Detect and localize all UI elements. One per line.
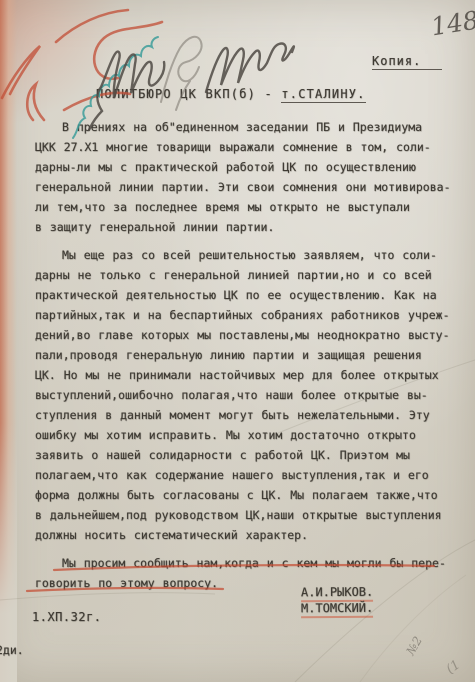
copy-label: Копия.: [372, 54, 442, 70]
text-line: дарны-ли мы с практической работой ЦК по…: [35, 157, 451, 177]
signature-block: А.И.РЫКОВ. М.ТОМСКИЙ.: [301, 586, 373, 617]
text-line: дений,во главе которых мы поставлены,мы …: [35, 325, 451, 345]
text-line: в дальнейшем,под руководством ЦК,наши от…: [35, 505, 451, 525]
text-line: говорить по этому вопросу.: [35, 573, 451, 593]
signature-rykov: А.И.РЫКОВ.: [301, 586, 373, 602]
corner-mark-1: №2: [403, 634, 425, 658]
text-line: партийных,так и на беспартийных собрания…: [35, 305, 451, 325]
corner-mark-2: (1: [444, 657, 464, 677]
scanned-document-page: Копия. ПОЛИТБЮРО ЦК ВКП(б) - т.СТАЛИНУ. …: [0, 0, 475, 682]
stalin-red-pencil-signature: [2, 10, 162, 120]
title-addressee: т.СТАЛИНУ.: [281, 87, 365, 103]
signature-tomsky: М.ТОМСКИЙ.: [301, 601, 373, 617]
text-line: Мы просим сообщить нам,когда и с кем мы …: [35, 553, 451, 573]
text-line: дарны не только с генеральной линией пар…: [35, 265, 451, 285]
paragraph-3: Мы просим сообщить нам,когда и с кем мы …: [35, 553, 451, 593]
document-title: ПОЛИТБЮРО ЦК ВКП(б) - т.СТАЛИНУ.: [96, 87, 366, 101]
text-line: ошибку мы хотим исправить. Мы хотим дост…: [35, 425, 451, 445]
paragraph-1: В прениях на об"единенном заседании ПБ и…: [35, 117, 451, 237]
text-line: ЦК. Но мы не принимали настойчивых мер д…: [35, 365, 451, 385]
page-number: 148: [429, 5, 475, 41]
text-line: ЦКК 27.Х1 многие товарищи выражали сомне…: [35, 137, 451, 157]
footer-note: 2ди.: [0, 643, 24, 657]
text-line: практической деятельностью ЦК по ее осущ…: [35, 285, 451, 305]
pencil-signature-right: [206, 44, 294, 92]
text-line: должны носить систематический характер.: [35, 525, 451, 545]
document-date: 1.ХП.32г.: [32, 610, 102, 624]
text-line: пали,проводя генеральную линию партии и …: [35, 345, 451, 365]
text-line: ли тем,что за последнее время мы открыто…: [35, 197, 451, 217]
text-line: выступлений,ошибочно полагая,что наши бо…: [35, 385, 451, 405]
scan-left-edge: [0, 0, 17, 682]
text-line: форма должны быть согласованы с ЦК. Мы п…: [35, 485, 451, 505]
text-line: в защиту генеральной линии партии.: [35, 217, 451, 237]
text-line: В прениях на об"единенном заседании ПБ и…: [35, 117, 451, 137]
paragraph-2: Мы еще раз со всей решительностью заявля…: [35, 245, 451, 545]
text-line: полагаем,что как содержание нашего высту…: [35, 465, 451, 485]
text-line: Мы еще раз со всей решительностью заявля…: [35, 245, 451, 265]
title-main: ПОЛИТБЮРО ЦК ВКП(б) -: [96, 87, 281, 101]
text-line: генеральной линии партии. Эти свои сомне…: [35, 177, 451, 197]
text-line: заявить о нашей солидарности с работой Ц…: [35, 445, 451, 465]
text-line: ступления в данный момент могут быть неж…: [35, 405, 451, 425]
document-body: В прениях на об"единенном заседании ПБ и…: [35, 117, 451, 601]
